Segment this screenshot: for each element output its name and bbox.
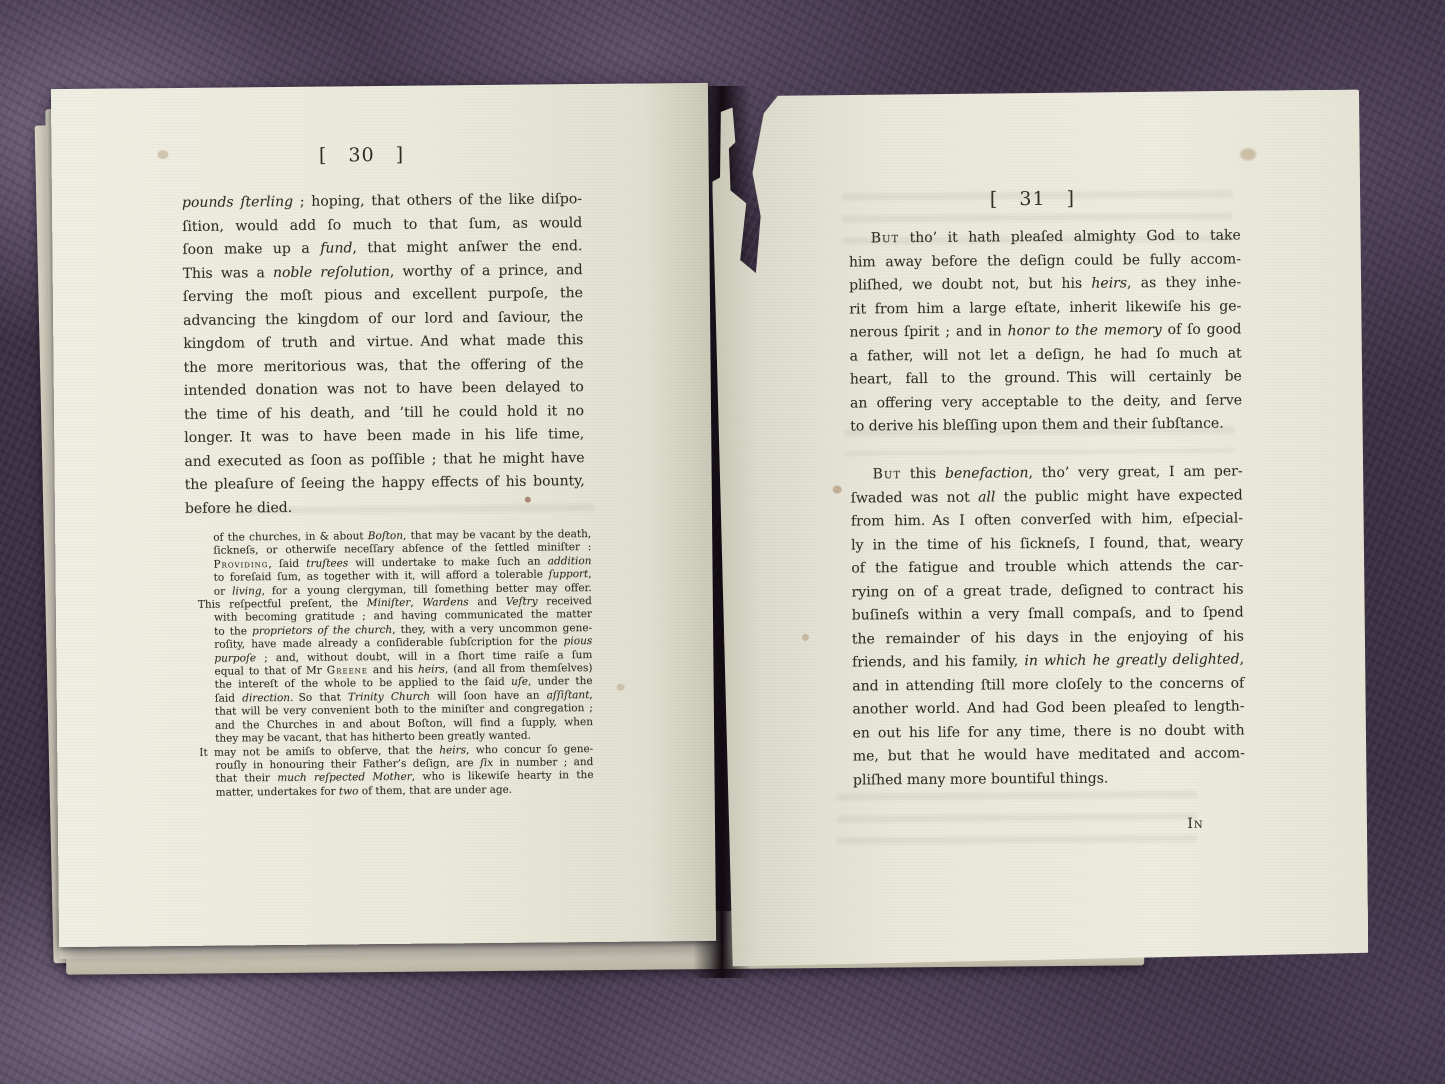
left-page-footnote-text: of the churches, in & about Boſton, that… bbox=[197, 528, 594, 800]
text-line: matter, undertakes for two of them, that… bbox=[200, 783, 594, 800]
foxing-stain bbox=[157, 150, 168, 159]
right-page-number: [ 31 ] bbox=[847, 187, 1217, 212]
foxing-stain bbox=[833, 486, 842, 494]
text-line: But this benefaction, tho’ very great, I… bbox=[850, 460, 1242, 487]
left-page-number: [ 30 ] bbox=[181, 142, 541, 167]
text-line: ſoon make up a fund, that might anſwer t… bbox=[182, 235, 582, 262]
photograph-of-open-book: [ 30 ] pounds ſterling ; hoping, that ot… bbox=[0, 0, 1445, 1084]
text-line: rit from him a large eſtate, inherit lik… bbox=[849, 295, 1241, 322]
text-line: But tho’ it hath pleaſed almighty God to… bbox=[849, 224, 1241, 251]
text-line: pliſhed, we doubt not, but his heirs, as… bbox=[849, 271, 1241, 298]
text-line: of the fatigue and trouble which attends… bbox=[851, 554, 1243, 581]
text-line: me, but that he would have meditated and… bbox=[853, 742, 1245, 769]
text-line: nerous ſpirit ; and in honor to the memo… bbox=[849, 318, 1241, 345]
foxing-stain bbox=[617, 684, 625, 691]
catchword: In bbox=[1187, 812, 1257, 836]
text-line: longer. It was to have been made in his … bbox=[184, 423, 584, 450]
text-line: a father, will not let a deſign, he had … bbox=[850, 342, 1242, 369]
showthrough-text-ghost bbox=[837, 791, 1197, 846]
text-line: to derive his bleſſing upon them and the… bbox=[850, 412, 1242, 439]
text-line: pliſhed many more bountiful things. bbox=[853, 766, 1245, 793]
text-line: another world. And had God been pleaſed … bbox=[852, 695, 1244, 722]
text-line: intended donation was not to have been d… bbox=[184, 376, 584, 403]
text-line: the pleaſure of ſeeing the happy effects… bbox=[185, 470, 585, 497]
text-line: en out his life for any time, there is n… bbox=[853, 719, 1245, 746]
text-line: before he died. bbox=[185, 494, 585, 521]
text-line: and in attending ſtill more cloſely to t… bbox=[852, 672, 1244, 699]
text-line: the remainder of his days in the enjoyin… bbox=[852, 625, 1244, 652]
text-line: heart, fall to the ground. This will cer… bbox=[850, 365, 1242, 392]
text-line: buſineſs within a very ſmall compaſs, an… bbox=[852, 601, 1244, 628]
text-line: pounds ſterling ; hoping, that others of… bbox=[182, 188, 582, 215]
text-line: an offering very acceptable to the deity… bbox=[850, 389, 1242, 416]
text-line: ſwaded was not all the public might have… bbox=[851, 484, 1243, 511]
text-line: him away before the deſign could be full… bbox=[849, 248, 1241, 275]
text-line: kingdom of truth and virtue. And what ma… bbox=[183, 329, 583, 356]
text-line: from him. As I often converſed with him,… bbox=[851, 507, 1243, 534]
text-line: ly in the time of his ſickneſs, I found,… bbox=[851, 531, 1243, 558]
text-line: In bbox=[1187, 812, 1257, 836]
right-page-paragraph-2: But this benefaction, tho’ very great, I… bbox=[850, 460, 1245, 792]
foxing-stain bbox=[1240, 148, 1256, 160]
text-line: ſerving the moſt pious and excellent pur… bbox=[183, 282, 583, 309]
foxing-stain bbox=[802, 634, 809, 641]
text-line: friends, and his family, in which he gre… bbox=[852, 648, 1244, 675]
right-page: [ 31 ] But tho’ it hath pleaſed almighty… bbox=[712, 89, 1369, 966]
left-page: [ 30 ] pounds ſterling ; hoping, that ot… bbox=[51, 83, 716, 947]
right-page-paragraph-1: But tho’ it hath pleaſed almighty God to… bbox=[849, 224, 1243, 439]
left-page-main-text: pounds ſterling ; hoping, that others of… bbox=[182, 188, 585, 521]
text-line: rying on of a great trade, deſigned to c… bbox=[851, 578, 1243, 605]
